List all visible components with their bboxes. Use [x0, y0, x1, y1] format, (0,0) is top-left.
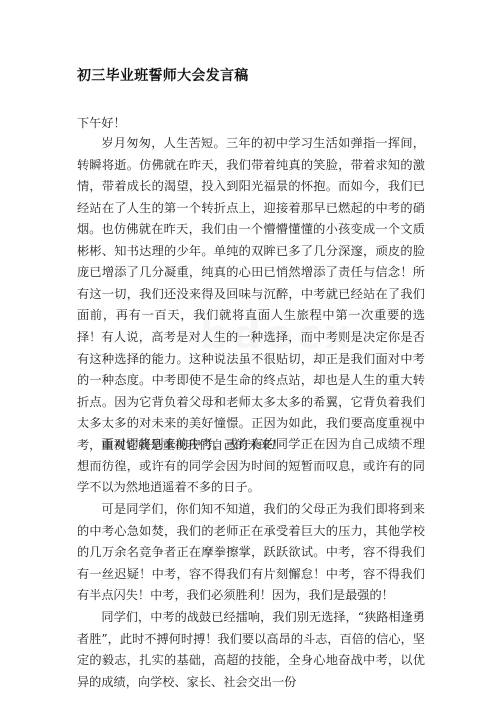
paragraph-4: 面对即将到来的中考，或许有的同学正在因为自己成绩不理想而彷徨，或许有的同学会因为… [77, 434, 425, 499]
greeting: 下午好！ [77, 114, 126, 131]
document-page: bdocx 初三毕业班誓师大会发言稿 下午好！ 岁月匆匆，人生苦短。三年的初中学… [0, 0, 500, 708]
paragraph-5: 可是同学们，你们知不知道，我们的父母正为我们即将到来的中考心急如焚，我们的老师正… [77, 499, 425, 607]
document-title: 初三毕业班誓师大会发言稿 [77, 65, 249, 85]
paragraph-6: 同学们，中考的战鼓已经擂响，我们别无选择，“狭路相逢勇者胜”，此时不搏何时搏！我… [77, 607, 425, 693]
